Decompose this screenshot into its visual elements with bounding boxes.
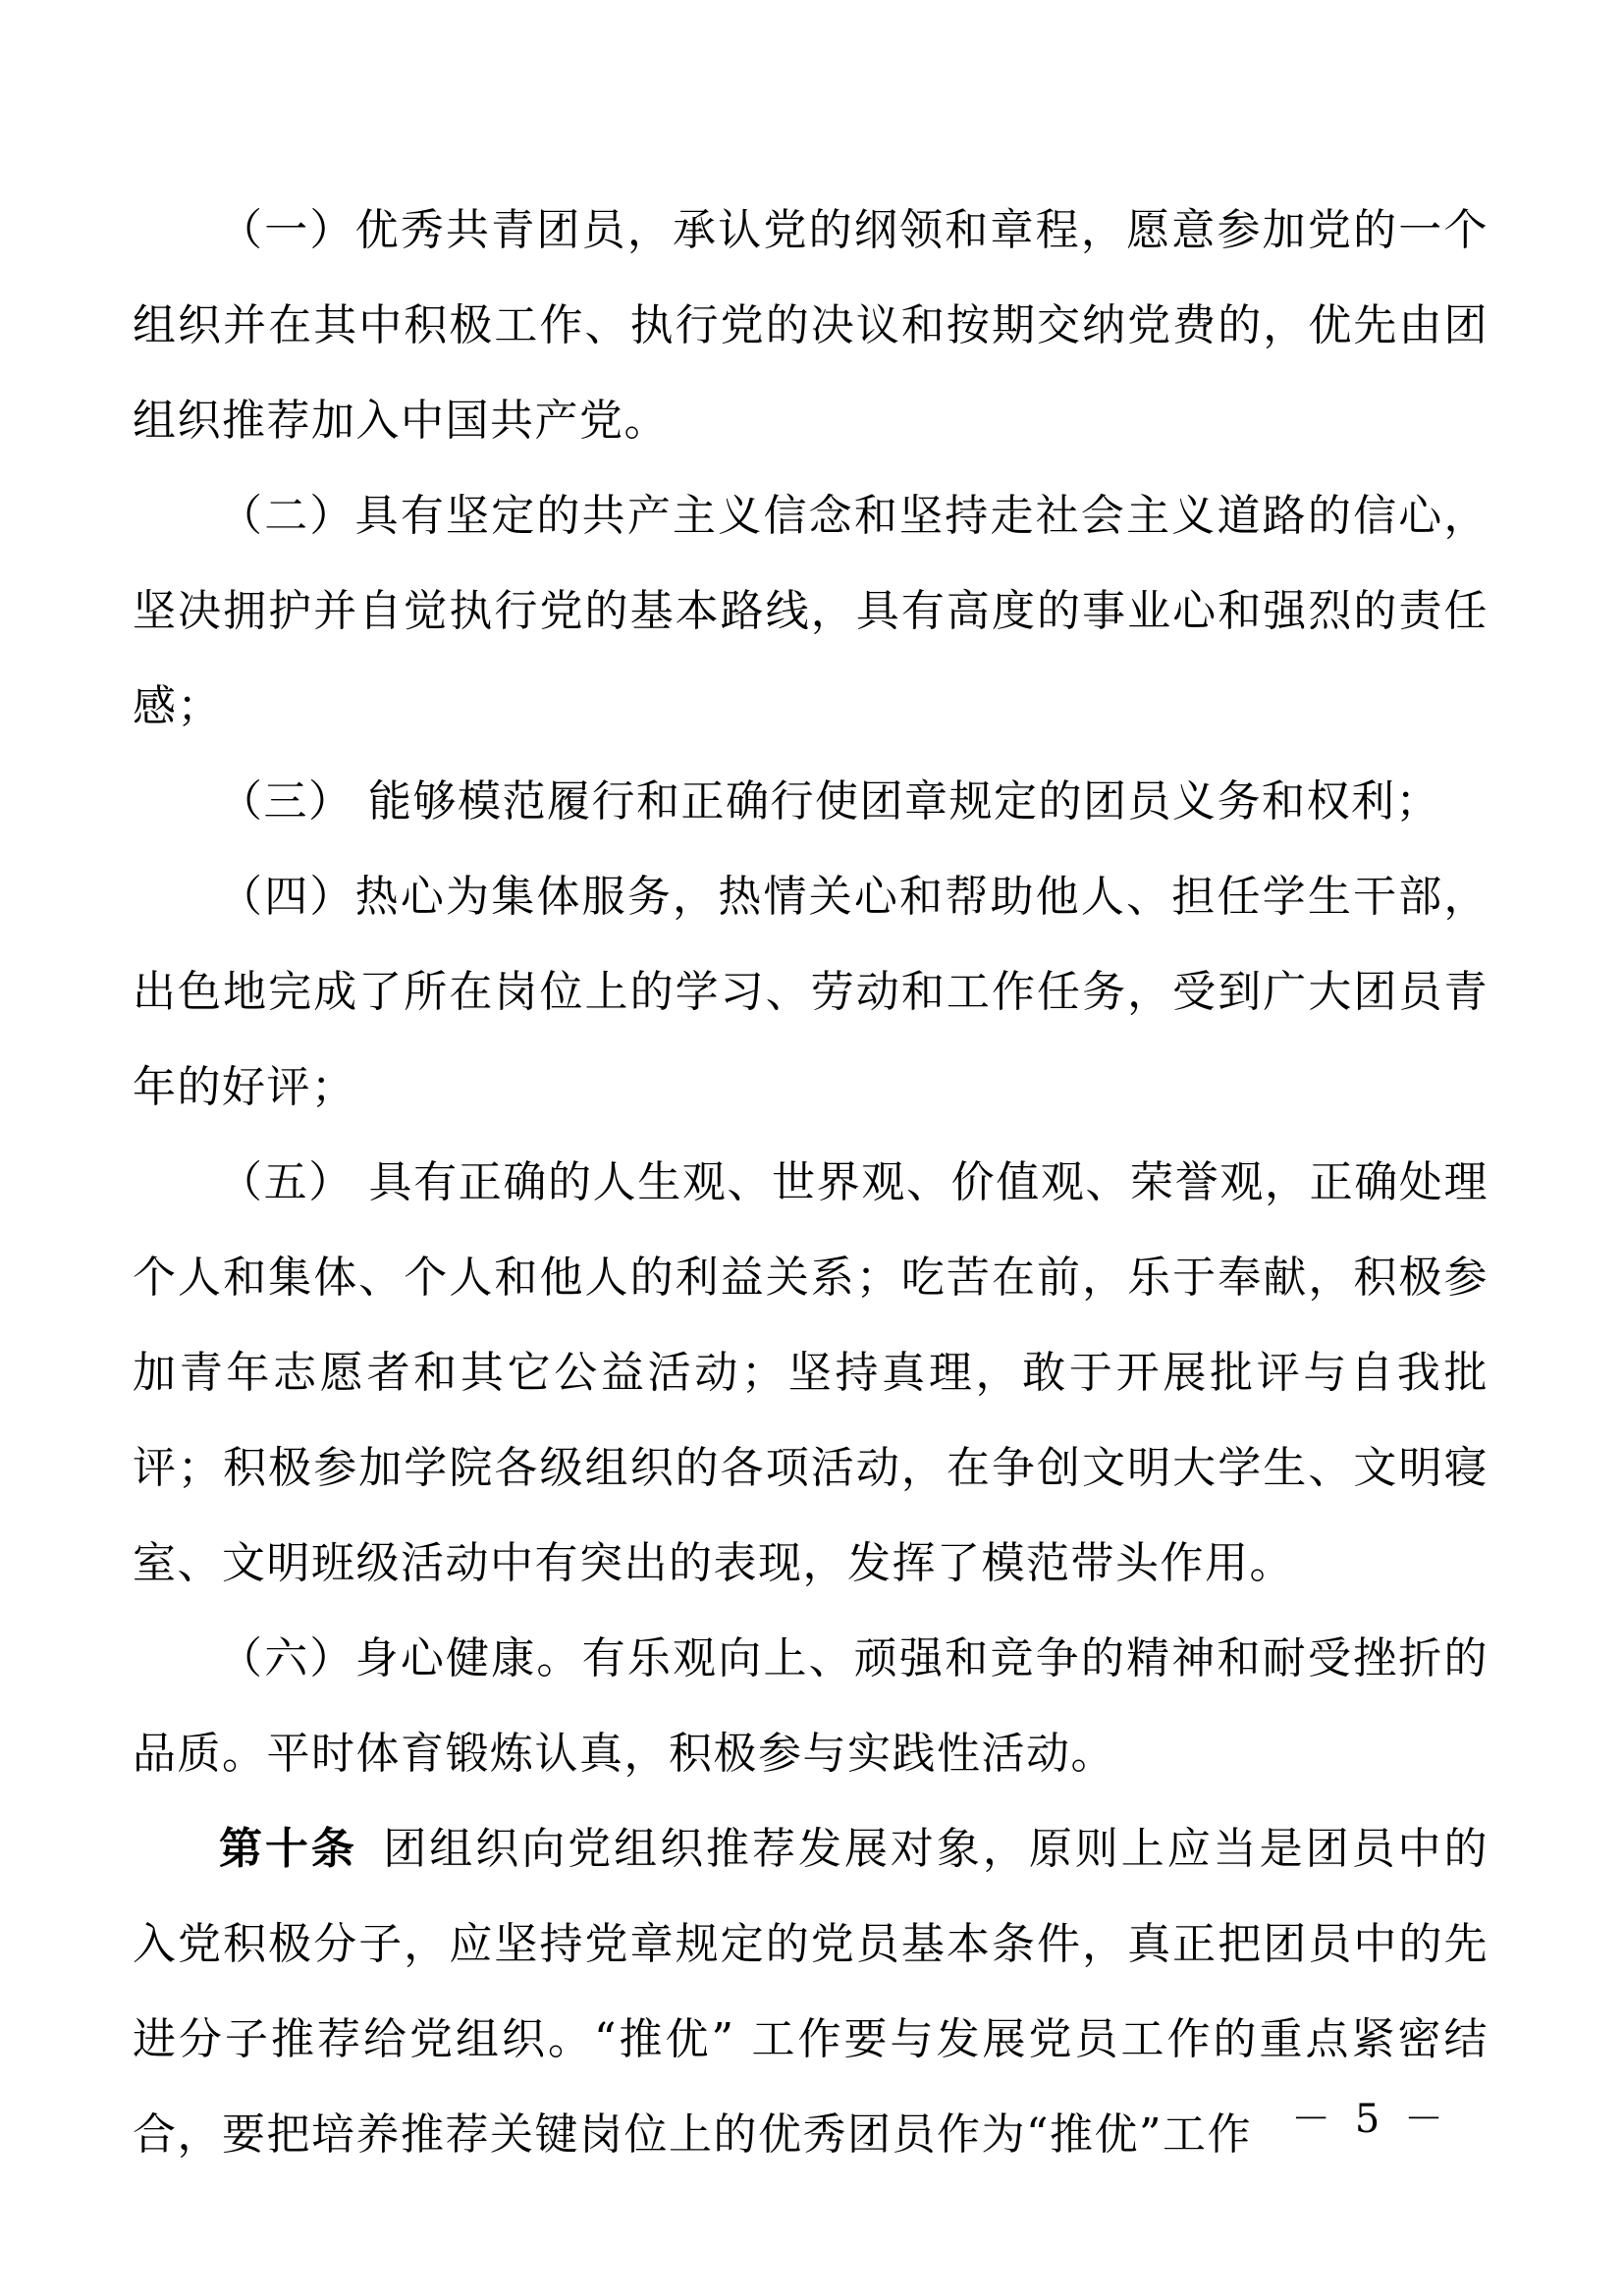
clause-3: （三） 能够模范履行和正确行使团章规定的团员义务和权利； <box>133 754 1489 849</box>
document-body: （一）优秀共青团员，承认党的纲领和章程，愿意参加党的一个组织并在其中积极工作、执… <box>133 183 1489 2182</box>
clause-5: （五） 具有正确的人生观、世界观、价值观、荣誉观，正确处理个人和集体、个人和他人… <box>133 1135 1489 1611</box>
clause-2: （二）具有坚定的共产主义信念和坚持走社会主义道路的信心，坚决拥护并自觉执行党的基… <box>133 468 1489 754</box>
clause-4: （四）热心为集体服务，热情关心和帮助他人、担任学生干部，出色地完成了所在岗位上的… <box>133 849 1489 1135</box>
clause-6: （六）身心健康。有乐观向上、顽强和竞争的精神和耐受挫折的品质。平时体育锻炼认真，… <box>133 1611 1489 1801</box>
article-10-number: 第十条 <box>219 1824 357 1874</box>
article-10-text: 团组织向党组织推荐发展对象，原则上应当是团员中的入党积极分子，应坚持党章规定的党… <box>133 1824 1489 2160</box>
document-page: （一）优秀共青团员，承认党的纲领和章程，愿意参加党的一个组织并在其中积极工作、执… <box>0 0 1624 2296</box>
article-10-paragraph: 第十条团组织向党组织推荐发展对象，原则上应当是团员中的入党积极分子，应坚持党章规… <box>133 1801 1489 2182</box>
page-number: － 5 － <box>1291 2088 1449 2144</box>
clause-1: （一）优秀共青团员，承认党的纲领和章程，愿意参加党的一个组织并在其中积极工作、执… <box>133 183 1489 468</box>
